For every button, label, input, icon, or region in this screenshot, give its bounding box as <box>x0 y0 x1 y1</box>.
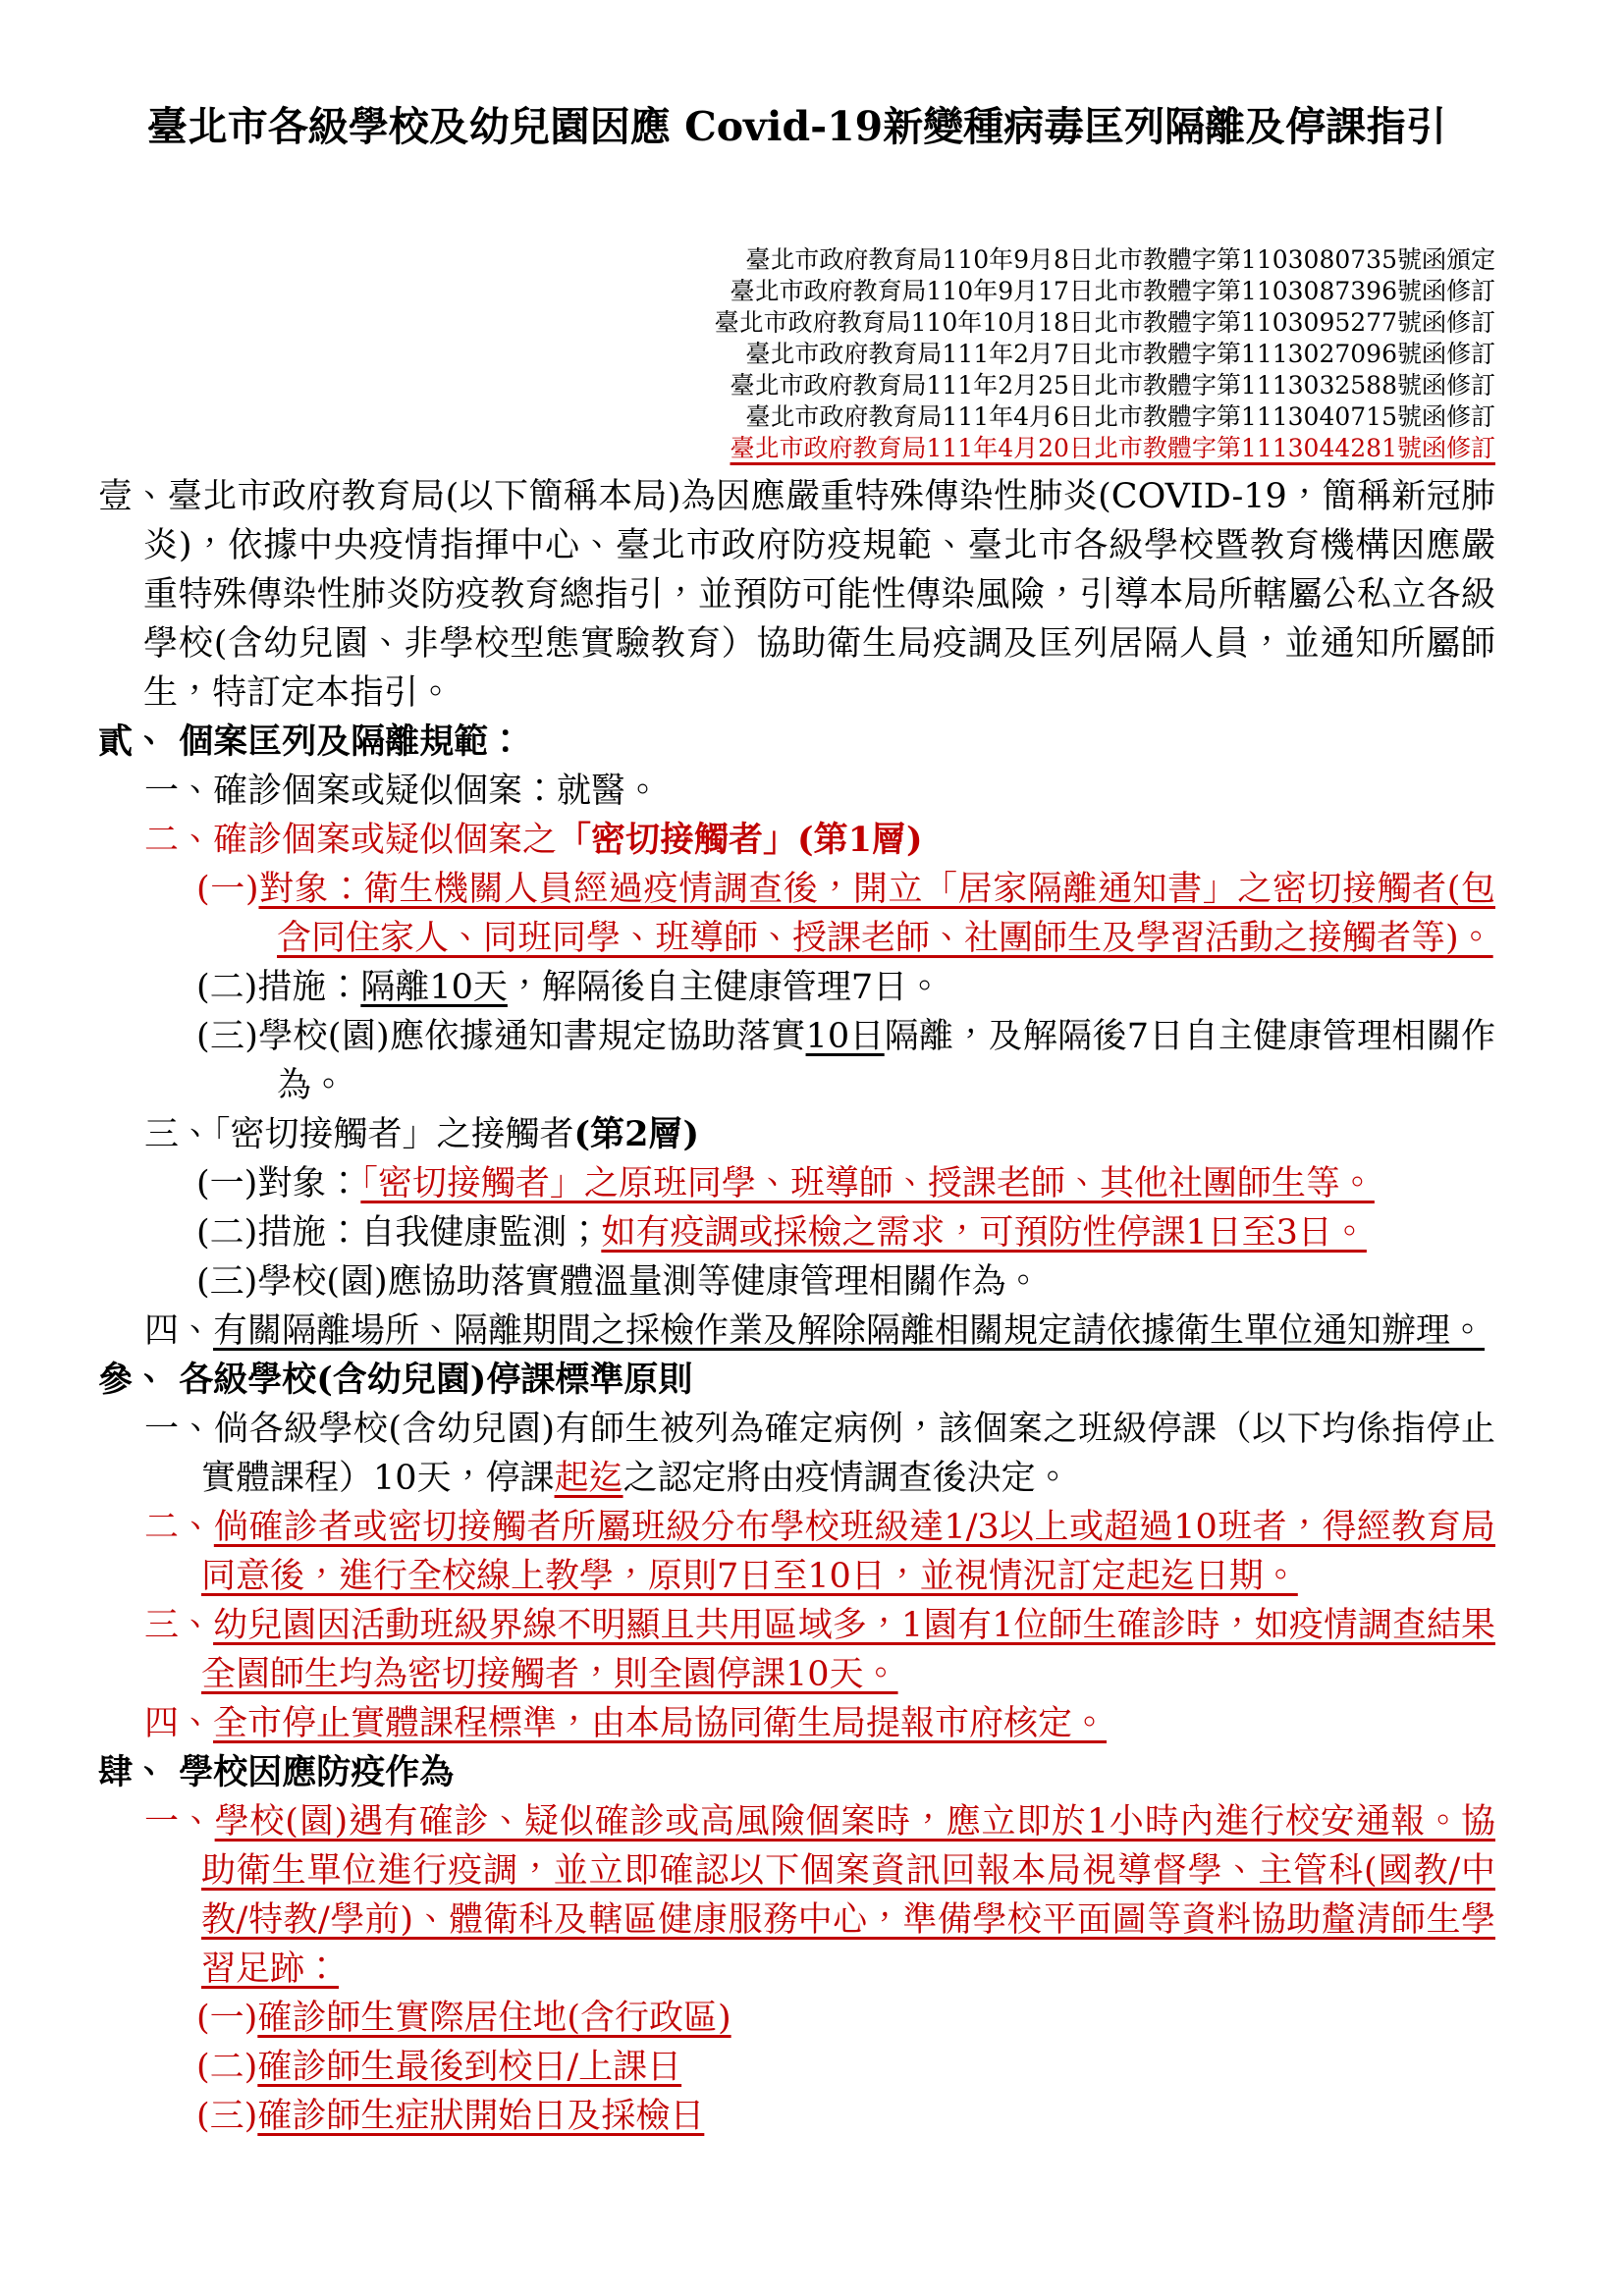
list-marker: (三) <box>196 1017 258 1056</box>
text-run: 措施： <box>257 968 360 1007</box>
text-run: 學校(園)應依據通知書規定協助落實 <box>258 1017 806 1056</box>
list-marker: 一、 <box>144 1802 215 1842</box>
revision-line: 臺北市政府教育局111年2月7日北市教體字第1113027096號函修訂 <box>98 339 1495 370</box>
doc-paragraph: 四、有關隔離場所、隔離期間之採檢作業及解除隔離相關規定請依據衛生單位通知辦理。 <box>98 1307 1495 1356</box>
revision-line: 臺北市政府教育局111年2月25日北市教體字第1113032588號函修訂 <box>98 370 1495 401</box>
list-marker: 二、 <box>144 821 213 860</box>
text-run: 確診師生最後到校日/上課日 <box>257 2048 681 2087</box>
list-marker: (二) <box>196 2048 257 2087</box>
list-marker: (一) <box>196 870 258 909</box>
revision-line: 臺北市政府教育局111年4月6日北市教體字第1113040715號函修訂 <box>98 401 1495 433</box>
list-marker: 三、 <box>144 1606 213 1645</box>
page-title: 臺北市各級學校及幼兒園因應 Covid-19新變種病毒匡列隔離及停課指引 <box>98 101 1495 152</box>
revision-line: 臺北市政府教育局110年10月18日北市教體字第1103095277號函修訂 <box>98 307 1495 339</box>
text-run: 倘確診者或密切接觸者所屬班級分布學校班級達1/3以上或超過10班者，得經教育局同… <box>201 1508 1495 1596</box>
text-run: ，解隔後自主健康管理7日。 <box>508 968 942 1007</box>
text-run: 確診師生症狀開始日及採檢日 <box>257 2097 704 2136</box>
text-run: 對象：衛生機關人員經過疫情調查後，開立「居家隔離通知書」之密切接觸者(包含同住家… <box>258 870 1495 958</box>
text-run: 對象： <box>257 1164 360 1203</box>
text-run: 措施：自我健康監測； <box>257 1213 601 1253</box>
doc-paragraph: (二)措施：隔離10天，解隔後自主健康管理7日。 <box>98 963 1495 1012</box>
doc-paragraph: 壹、臺北市政府教育局(以下簡稱本局)為因應嚴重特殊傳染性肺炎(COVID-19，… <box>98 472 1495 718</box>
text-run: 幼兒園因活動班級界線不明顯且共用區域多，1園有1位師生確診時，如疫情調查結果全園… <box>201 1606 1495 1694</box>
text-run: 隔離10天 <box>360 968 508 1007</box>
list-marker: 肆、 <box>98 1752 167 1792</box>
list-marker: (二) <box>196 1213 257 1253</box>
text-run: 確診個案或疑似個案：就醫。 <box>213 772 660 811</box>
text-run: 起迄 <box>555 1459 623 1498</box>
document-page: 臺北市各級學校及幼兒園因應 Covid-19新變種病毒匡列隔離及停課指引 臺北市… <box>0 0 1624 2296</box>
doc-paragraph: 二、確診個案或疑似個案之「密切接觸者」(第1層) <box>98 816 1495 865</box>
document-content: 臺北市各級學校及幼兒園因應 Covid-19新變種病毒匡列隔離及停課指引 臺北市… <box>0 0 1624 2180</box>
text-run: 10日 <box>806 1017 885 1056</box>
doc-paragraph: 三、「密切接觸者」之接觸者(第2層) <box>98 1110 1495 1159</box>
list-marker: (一) <box>196 1164 257 1203</box>
list-marker: 二、 <box>144 1508 214 1547</box>
text-run: 確診個案或疑似個案之 <box>213 821 557 860</box>
doc-paragraph: 一、倘各級學校(含幼兒園)有師生被列為確定病例，該個案之班級停課（以下均係指停止… <box>98 1405 1495 1503</box>
list-marker: 三、 <box>144 1115 213 1154</box>
doc-paragraph: (一)對象：「密切接觸者」之原班同學、班導師、授課老師、其他社團師生等。 <box>98 1159 1495 1208</box>
text-run: 「密切接觸者」(第1層) <box>557 820 922 860</box>
doc-heading: 參、 各級學校(含幼兒園)停課標準原則 <box>98 1356 1495 1405</box>
text-run: 臺北市政府教育局(以下簡稱本局)為因應嚴重特殊傳染性肺炎(COVID-19，簡稱… <box>143 477 1495 713</box>
doc-paragraph: (三)學校(園)應協助落實體溫量測等健康管理相關作為。 <box>98 1257 1495 1307</box>
list-marker: 參、 <box>98 1360 167 1400</box>
text-run: 確診師生實際居住地(含行政區) <box>257 1999 731 2038</box>
text-run: 學校(園)應協助落實體溫量測等健康管理相關作為。 <box>257 1262 1040 1302</box>
doc-paragraph: 一、確診個案或疑似個案：就醫。 <box>98 767 1495 816</box>
list-marker: 四、 <box>144 1704 213 1743</box>
text-run: 如有疫調或採檢之需求，可預防性停課1日至3日。 <box>601 1213 1367 1253</box>
text-run: (第2層) <box>574 1114 699 1154</box>
list-marker: (三) <box>196 1262 257 1302</box>
text-run: 「密切接觸者」之接觸者 <box>213 1115 574 1154</box>
doc-paragraph: (三)確診師生症狀開始日及採檢日 <box>98 2092 1495 2141</box>
revision-line: 臺北市政府教育局111年4月20日北市教體字第1113044281號函修訂 <box>98 433 1495 464</box>
list-marker: 一、 <box>144 772 213 811</box>
doc-paragraph: 二、倘確診者或密切接觸者所屬班級分布學校班級達1/3以上或超過10班者，得經教育… <box>98 1503 1495 1601</box>
list-marker: (三) <box>196 2097 257 2136</box>
text-run: 各級學校(含幼兒園)停課標準原則 <box>167 1360 692 1400</box>
list-marker: 壹、 <box>98 477 168 516</box>
list-marker: 貳、 <box>98 721 167 762</box>
doc-paragraph: (二)確診師生最後到校日/上課日 <box>98 2043 1495 2092</box>
revision-line: 臺北市政府教育局110年9月17日北市教體字第1103087396號函修訂 <box>98 276 1495 307</box>
doc-body: 壹、臺北市政府教育局(以下簡稱本局)為因應嚴重特殊傳染性肺炎(COVID-19，… <box>98 472 1495 2141</box>
text-run: 全市停止實體課程標準，由本局協同衛生局提報市府核定。 <box>213 1704 1107 1743</box>
doc-paragraph: 一、學校(園)遇有確診、疑似確診或高風險個案時，應立即於1小時內進行校安通報。協… <box>98 1797 1495 1994</box>
doc-paragraph: 三、幼兒園因活動班級界線不明顯且共用區域多，1園有1位師生確診時，如疫情調查結果… <box>98 1601 1495 1699</box>
list-marker: (一) <box>196 1999 257 2038</box>
doc-heading: 肆、 學校因應防疫作為 <box>98 1748 1495 1797</box>
doc-paragraph: (三)學校(園)應依據通知書規定協助落實10日隔離，及解隔後7日自主健康管理相關… <box>98 1012 1495 1110</box>
doc-paragraph: 四、全市停止實體課程標準，由本局協同衛生局提報市府核定。 <box>98 1699 1495 1748</box>
list-marker: 一、 <box>144 1410 214 1449</box>
text-run: 個案匡列及隔離規範： <box>167 721 522 762</box>
doc-paragraph: (二)措施：自我健康監測；如有疫調或採檢之需求，可預防性停課1日至3日。 <box>98 1208 1495 1257</box>
list-marker: 四、 <box>144 1311 213 1351</box>
revision-line: 臺北市政府教育局110年9月8日北市教體字第1103080735號函頒定 <box>98 244 1495 276</box>
text-run: 學校(園)遇有確診、疑似確診或高風險個案時，應立即於1小時內進行校安通報。協助衛… <box>201 1802 1495 1989</box>
text-run: 學校因應防疫作為 <box>167 1752 454 1792</box>
doc-heading: 貳、 個案匡列及隔離規範： <box>98 718 1495 767</box>
text-run: 之認定將由疫情調查後決定。 <box>623 1459 1070 1498</box>
text-run: 有關隔離場所、隔離期間之採檢作業及解除隔離相關規定請依據衛生單位通知辦理。 <box>213 1311 1485 1351</box>
text-run: 「密切接觸者」之原班同學、班導師、授課老師、其他社團師生等。 <box>360 1164 1375 1203</box>
doc-paragraph: (一)對象：衛生機關人員經過疫情調查後，開立「居家隔離通知書」之密切接觸者(包含… <box>98 865 1495 963</box>
list-marker: (二) <box>196 968 257 1007</box>
revision-list: 臺北市政府教育局110年9月8日北市教體字第1103080735號函頒定臺北市政… <box>98 244 1495 464</box>
doc-paragraph: (一)確診師生實際居住地(含行政區) <box>98 1994 1495 2043</box>
